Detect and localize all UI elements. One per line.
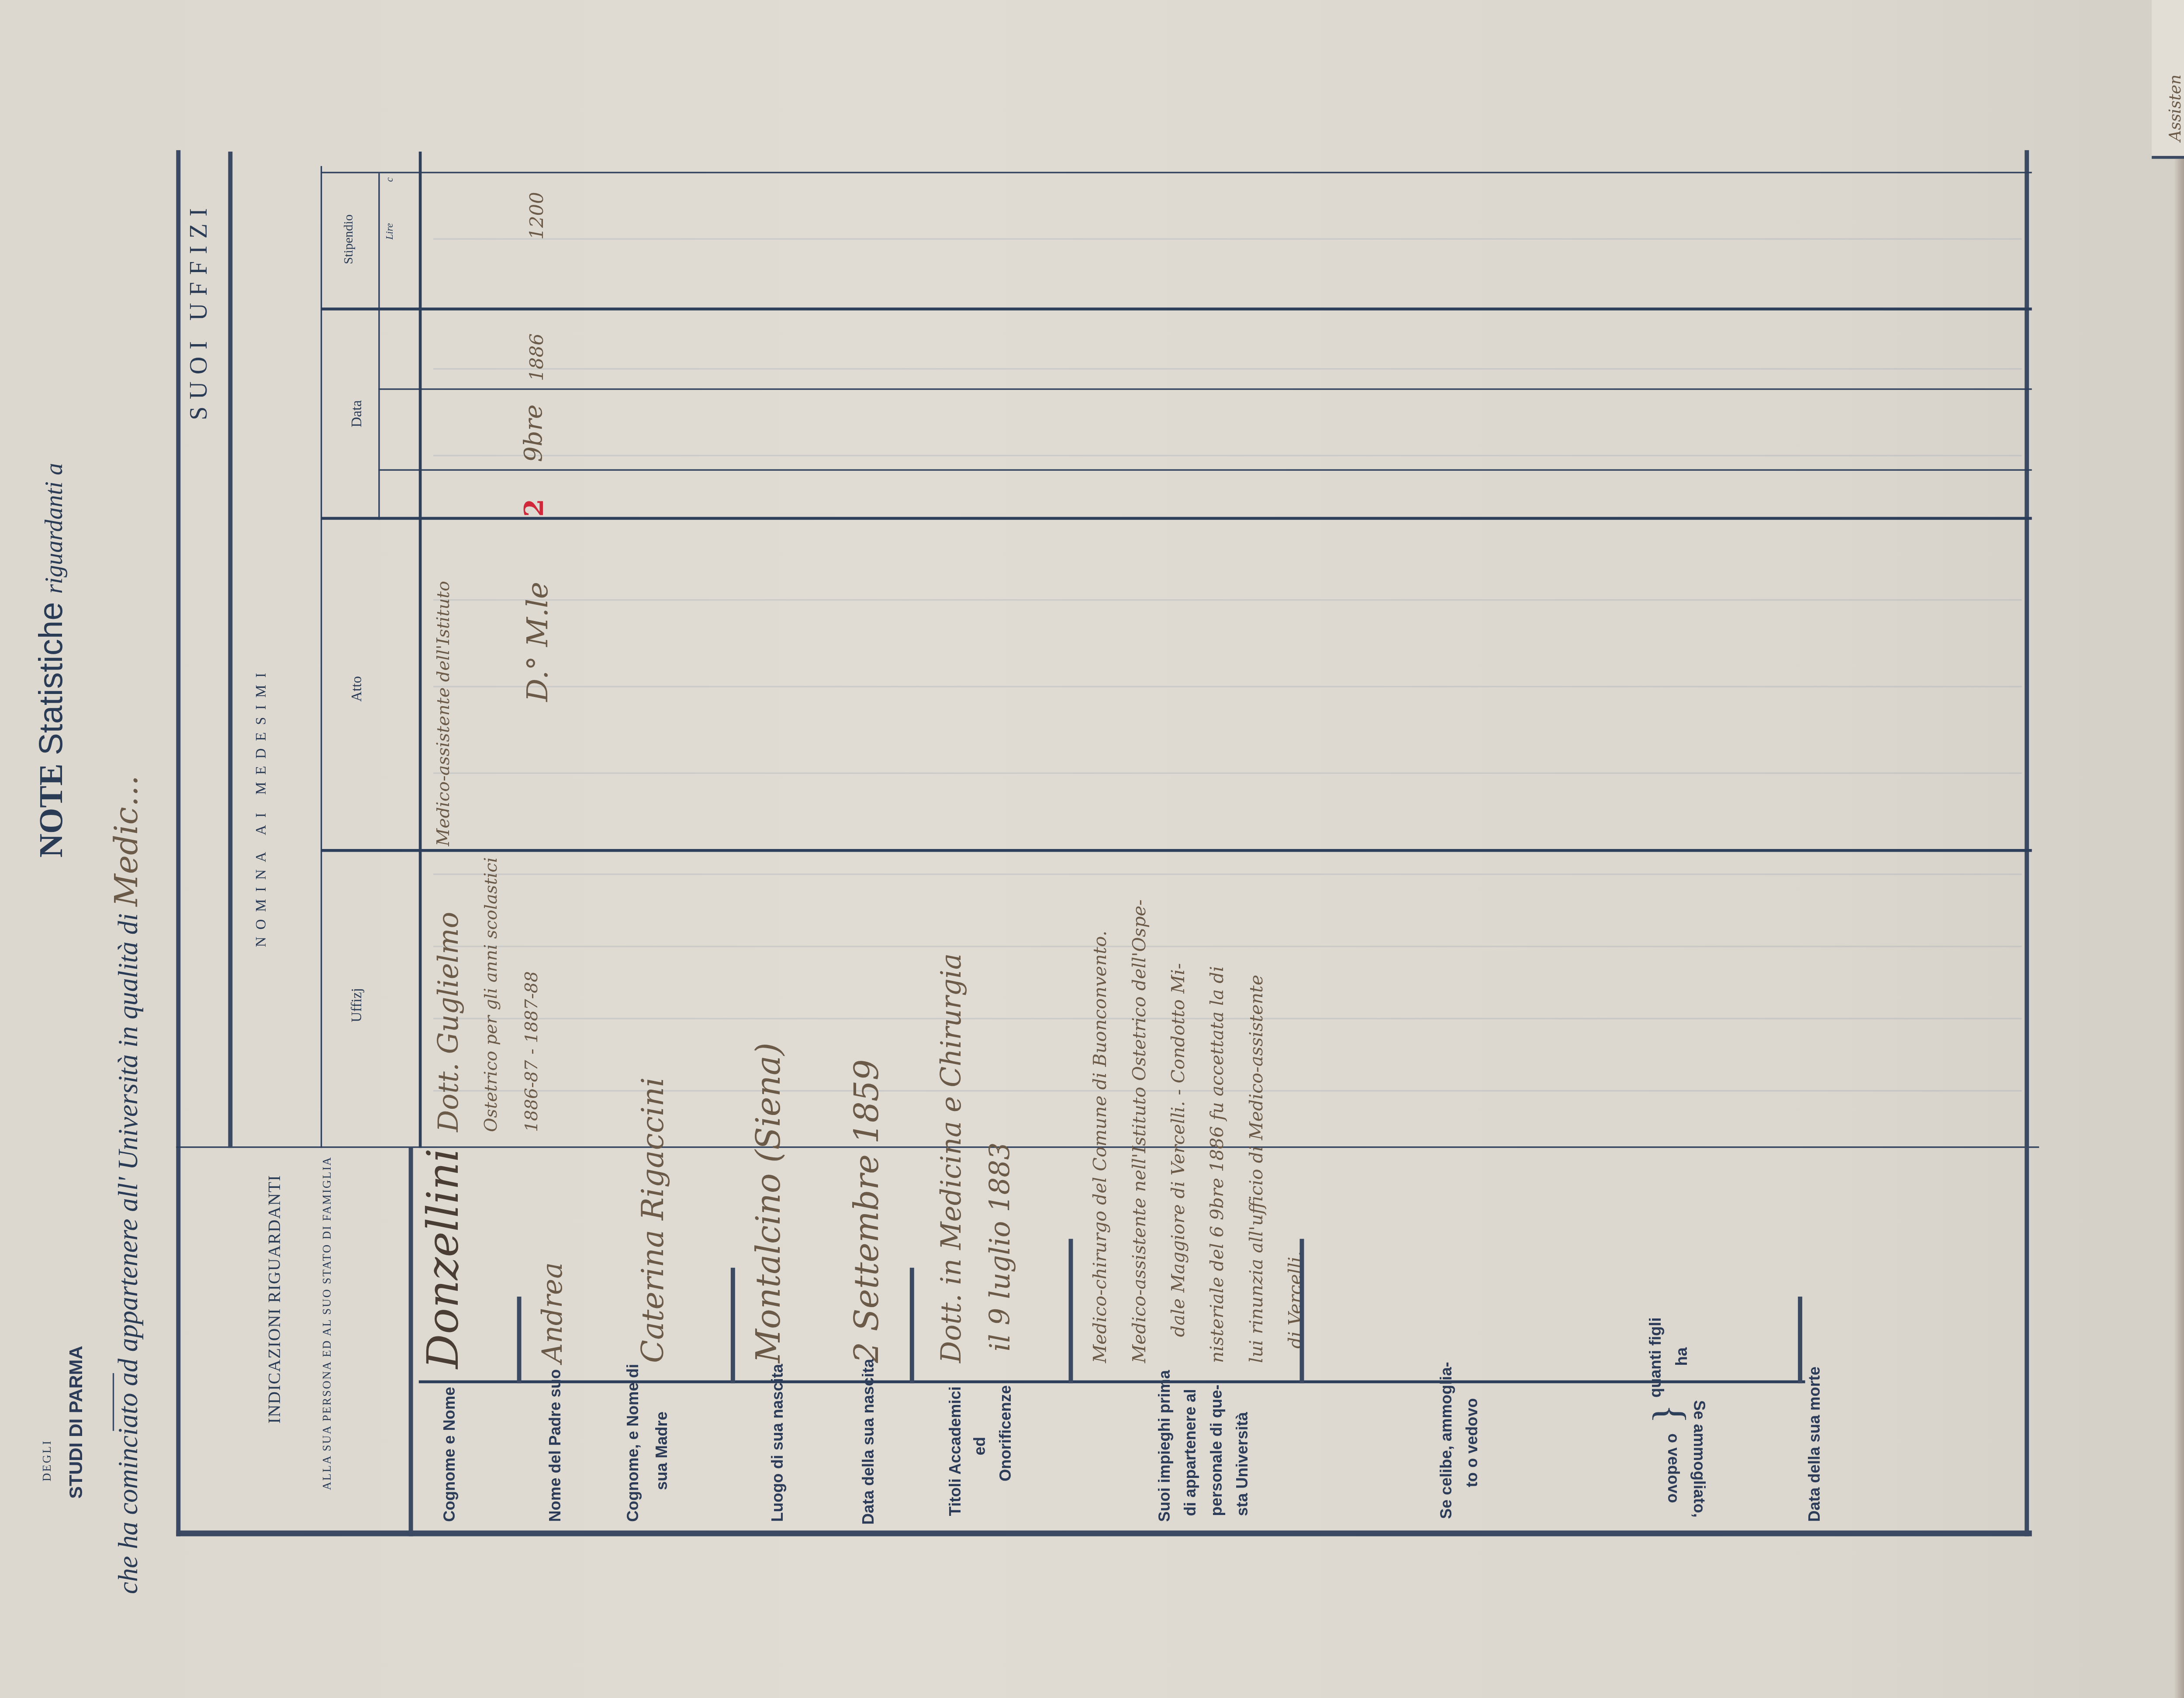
col-cents: c bbox=[384, 177, 395, 182]
value-titoli-2: il 9 luglio 1883 bbox=[985, 1142, 1017, 1352]
atto-entry: D.° M.le bbox=[520, 582, 554, 702]
grid-line bbox=[433, 455, 2022, 456]
col-stipendio: Stipendio bbox=[341, 214, 355, 264]
uffizj-line-first: Medico-assistente dell'Istituto bbox=[433, 581, 453, 846]
grid-line bbox=[433, 238, 2022, 240]
under-fragment-assisten: Assisten bbox=[2166, 75, 2184, 141]
grid-line bbox=[433, 686, 2022, 687]
subheader-rule bbox=[378, 173, 380, 520]
label-impieghi-4: sta Università bbox=[1233, 1412, 1255, 1516]
uffizj-entry: Medico-assistente dell'Istituto Ostetric… bbox=[430, 857, 552, 1132]
col-atto: Atto bbox=[349, 676, 365, 702]
left-section-heading: INDICAZIONI RIGUARDANTI bbox=[264, 1175, 286, 1424]
label-titoli-1: Titoli Accademici bbox=[946, 1386, 968, 1516]
data-subdivider-1 bbox=[378, 469, 2032, 470]
uffizj-line: 1886-87 - 1887-88 bbox=[511, 857, 552, 1132]
data-day-entry: 2 bbox=[520, 499, 550, 517]
label-value-divider bbox=[419, 1380, 1805, 1384]
value-luogo: Montalcino (Siena) bbox=[751, 1042, 788, 1363]
table-left-border bbox=[176, 1530, 2032, 1536]
row-divider bbox=[1798, 1297, 1802, 1383]
impieghi-line: nisteriale del 6 9bre 1886 fu accettata … bbox=[1197, 900, 1236, 1363]
impieghi-line: Medico-assistente nell'Istituto Ostetric… bbox=[1119, 900, 1158, 1363]
page-title: NOTE Statistiche riguardanti a bbox=[32, 463, 71, 858]
grid-line bbox=[433, 368, 2022, 369]
right-section-heading: SUOI UFFIZI bbox=[185, 201, 214, 420]
data-month-entry: 9bre bbox=[520, 404, 549, 462]
title-statistiche: Statistiche bbox=[32, 602, 69, 755]
label-titoli-2: ed bbox=[971, 1437, 992, 1455]
label-data-morte: Data della sua morte bbox=[1805, 1367, 1827, 1522]
label-madre-2: sua Madre bbox=[653, 1412, 674, 1490]
label-impieghi-2: di appartenere al bbox=[1181, 1389, 1203, 1516]
impieghi-line: lui rinunzia all'ufficio di Medico-assis… bbox=[1236, 900, 1275, 1363]
page-subtitle: che ha cominciato ad appartenere all' Un… bbox=[110, 775, 146, 1594]
label-impieghi-3: personale di que- bbox=[1207, 1384, 1229, 1516]
value-padre: Andrea bbox=[537, 1262, 569, 1363]
value-data-nascita: 2 Settembre 1859 bbox=[849, 1059, 887, 1363]
label-celibe-1: Se celibe, ammoglia- bbox=[1437, 1362, 1459, 1519]
col-lire: Lire bbox=[384, 223, 395, 240]
document-photo: DEGLI STUDI DI PARMA NOTE Statistiche ri… bbox=[0, 0, 2184, 1698]
label-figli-1: quanti figli bbox=[1646, 1317, 1668, 1398]
nomina-heading: NOMINA AI MEDESIMI bbox=[254, 666, 270, 947]
col-uffizj: Uffizj bbox=[349, 988, 365, 1022]
table-top-border bbox=[176, 150, 180, 1536]
row-divider bbox=[910, 1268, 914, 1383]
uffizj-line: Ostetrico per gli anni scolastici bbox=[471, 857, 511, 1132]
label-impieghi-1: Suoi impieghi prima bbox=[1155, 1370, 1177, 1522]
header-institution: STUDI DI PARMA bbox=[65, 1346, 87, 1499]
table-bottom-border bbox=[2025, 150, 2029, 1536]
label-madre-1: Cognome, e Nome di bbox=[624, 1364, 646, 1522]
label-data-nascita: Data della sua nascita bbox=[859, 1359, 881, 1525]
impieghi-line: Medico-chirurgo del Comune di Buonconven… bbox=[1080, 900, 1119, 1363]
col-divider-data bbox=[321, 517, 2032, 520]
col-divider-stipendio bbox=[321, 307, 2032, 311]
row-divider bbox=[1069, 1239, 1073, 1384]
header-degli: DEGLI bbox=[41, 1439, 54, 1481]
grid-line bbox=[433, 599, 2022, 601]
label-titoli-3: Onorificenze bbox=[996, 1385, 1018, 1481]
brace: } bbox=[1646, 1404, 1693, 1423]
label-celibe-2: to o vedovo bbox=[1463, 1398, 1485, 1487]
row-divider bbox=[517, 1297, 522, 1383]
label-cognome-nome: Cognome e Nome bbox=[440, 1387, 462, 1522]
impieghi-line: di Vercelli. bbox=[1275, 900, 1314, 1363]
right-heading-rule bbox=[228, 152, 232, 1148]
grid-line bbox=[433, 773, 2022, 774]
label-ammogliato-inverted-2: o vedovo bbox=[1661, 1433, 1683, 1503]
col-divider-cents bbox=[321, 172, 2032, 173]
impieghi-line: dale Maggiore di Vercelli. - Condotto Mi… bbox=[1158, 900, 1197, 1363]
underlying-sheet: PE Dot Assisten bbox=[2152, 0, 2184, 159]
data-year-entry: 1886 bbox=[527, 333, 549, 381]
grid-line bbox=[433, 873, 2022, 875]
subtitle-handwritten: Medic… bbox=[110, 775, 146, 907]
value-titoli-1: Dott. in Medicina e Chirurgia bbox=[936, 953, 968, 1363]
statistics-form-page: DEGLI STUDI DI PARMA NOTE Statistiche ri… bbox=[0, 0, 2184, 1698]
data-subdivider-2 bbox=[378, 388, 2032, 390]
label-nome-padre: Nome del Padre suo bbox=[546, 1369, 568, 1522]
left-section-subheading: ALLA SUA PERSONA ED AL SUO STATO DI FAMI… bbox=[321, 1156, 334, 1490]
row-divider bbox=[1300, 1239, 1304, 1384]
title-note: NOTE bbox=[33, 763, 69, 858]
col-divider-atto bbox=[321, 849, 2032, 852]
nomina-rule bbox=[321, 166, 322, 1148]
value-impieghi: Medico-chirurgo del Comune di Buonconven… bbox=[1080, 900, 1314, 1363]
left-heading-rule bbox=[409, 1146, 413, 1536]
label-luogo-nascita: Luogo di sua nascita bbox=[768, 1364, 790, 1522]
value-madre: Caterina Rigaccini bbox=[636, 1077, 670, 1363]
title-riguardanti: riguardanti a bbox=[41, 463, 68, 594]
row-divider bbox=[731, 1268, 735, 1383]
header-bottom-rule bbox=[419, 152, 422, 1148]
value-cognome: Donzellini bbox=[419, 1148, 470, 1369]
stipendio-entry: 1200 bbox=[527, 192, 549, 239]
label-figli-2: ha bbox=[1672, 1347, 1694, 1366]
col-data: Data bbox=[349, 400, 365, 427]
subtitle-text: che ha cominciato ad appartenere all' Un… bbox=[114, 913, 144, 1594]
